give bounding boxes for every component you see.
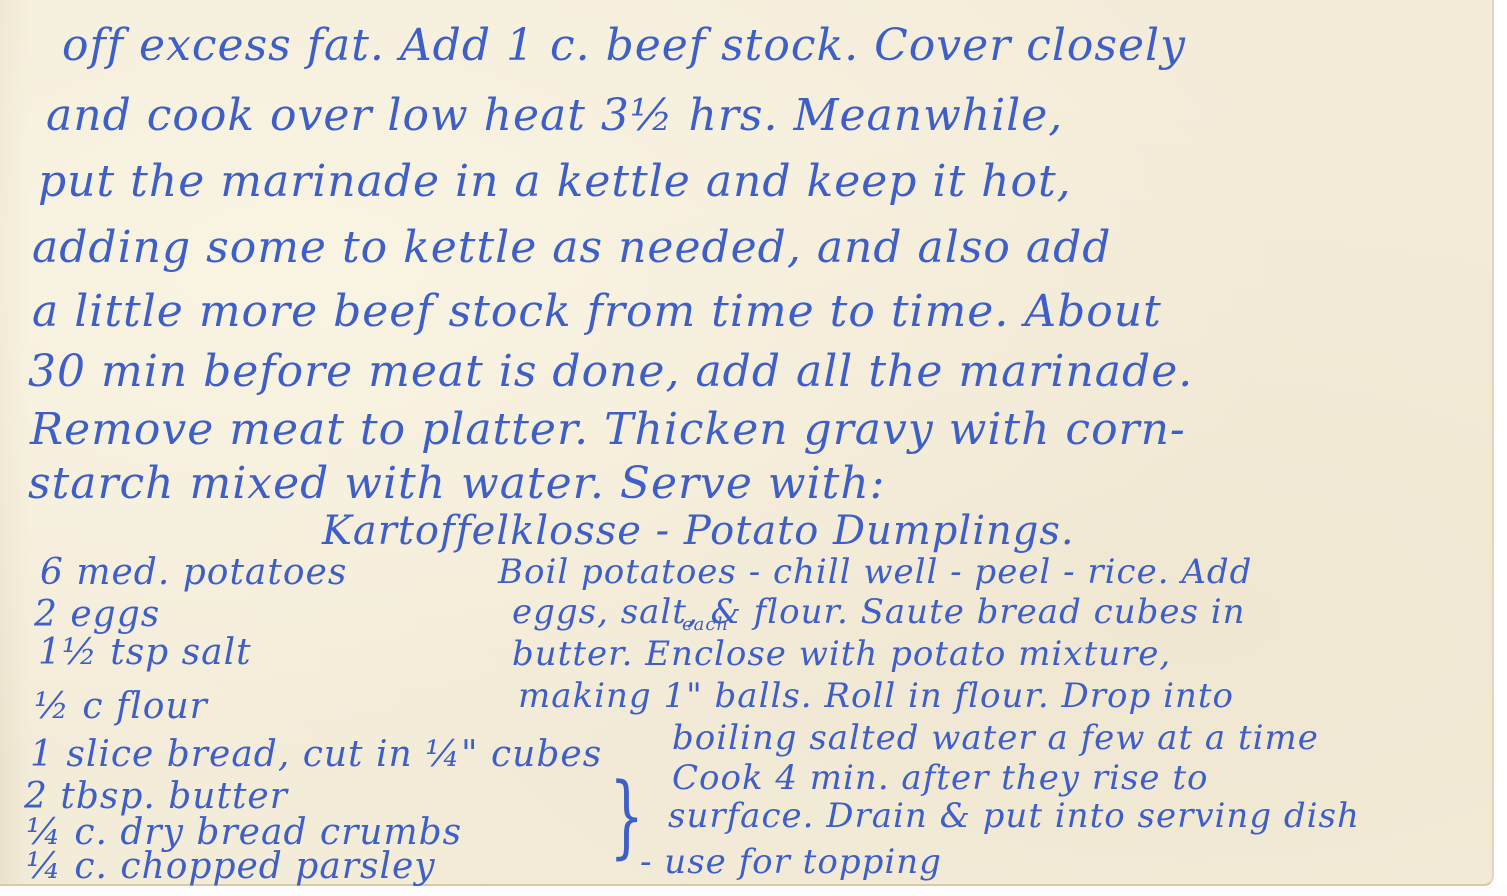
body-line-8: starch mixed with water. Serve with:	[28, 458, 886, 509]
topping-note: - use for topping	[640, 842, 942, 882]
ingredient-6: 2 tbsp. butter	[24, 776, 288, 817]
direction-line-1: Boil potatoes - chill well - peel - rice…	[498, 552, 1252, 592]
ingredient-1: 6 med. potatoes	[40, 552, 347, 593]
ingredient-4: ½ c flour	[34, 686, 208, 727]
body-line-2: and cook over low heat 3½ hrs. Meanwhile…	[46, 90, 1063, 141]
recipe-card: off excess fat. Add 1 c. beef stock. Cov…	[0, 0, 1494, 886]
subrecipe-title: Kartoffelklosse - Potato Dumplings.	[322, 508, 1075, 554]
body-line-3: put the marinade in a kettle and keep it…	[38, 156, 1072, 207]
direction-line-3: butter. Enclose with potato mixture,	[512, 634, 1171, 674]
body-line-5: a little more beef stock from time to ti…	[32, 286, 1162, 337]
direction-line-4: making 1" balls. Roll in flour. Drop int…	[518, 676, 1234, 716]
topping-brace: }	[609, 772, 643, 862]
body-line-7: Remove meat to platter. Thicken gravy wi…	[30, 404, 1186, 455]
direction-line-6: Cook 4 min. after they rise to	[672, 758, 1208, 798]
direction-line-7: surface. Drain & put into serving dish	[668, 796, 1360, 836]
body-line-1: off excess fat. Add 1 c. beef stock. Cov…	[62, 20, 1186, 71]
ingredient-5: 1 slice bread, cut in ¼" cubes	[30, 734, 602, 775]
direction-line-2: eggs, salt, & flour. Saute bread cubes i…	[512, 592, 1246, 632]
body-line-6: 30 min before meat is done, add all the …	[28, 346, 1193, 397]
ingredient-2: 2 eggs	[34, 594, 160, 635]
body-line-4: adding some to kettle as needed, and als…	[32, 222, 1111, 273]
direction-line-5: boiling salted water a few at a time	[672, 718, 1319, 758]
scan-background-right	[1492, 0, 1507, 896]
ingredient-3: 1½ tsp salt	[38, 632, 252, 673]
ingredient-8: ¼ c. chopped parsley	[26, 846, 436, 887]
